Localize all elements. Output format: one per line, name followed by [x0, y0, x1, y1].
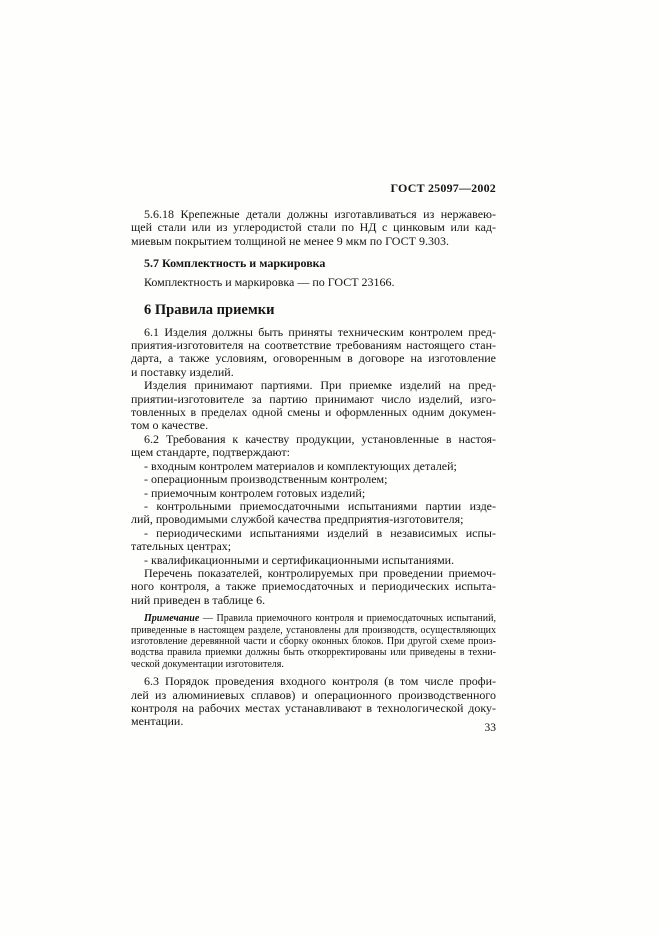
section-heading: 5.7 Комплектность и маркировка [131, 256, 496, 270]
text-line: 6.3 Порядок проведения входного контроля… [131, 675, 496, 688]
text-line: приятия-изготовителя на соответствие тре… [131, 339, 496, 352]
text-line: - операционным производственным контроле… [131, 473, 496, 486]
text-line: изготовление деревянной части и сборку о… [131, 636, 496, 647]
gost-standard-number: ГОСТ 25097—2002 [131, 182, 496, 195]
note-label: Примечание [144, 613, 199, 624]
paragraph: Перечень показателей, контролируемых при… [131, 567, 496, 607]
text-line: - входным контролем материалов и комплек… [131, 460, 496, 473]
text-line: Примечание — Правила приемочного контрол… [131, 613, 496, 624]
text-line: щем стандарте, подтверждают: [131, 446, 496, 459]
text-line: Изделия принимают партиями. При приемке … [131, 379, 496, 392]
paragraph: 5.6.18 Крепежные детали должны изготавли… [131, 208, 496, 248]
text-line: - периодическими испытаниями изделий в н… [131, 527, 496, 540]
note-block: Примечание — Правила приемочного контрол… [131, 613, 496, 670]
text-line: лей из алюминиевых сплавов) и операционн… [131, 689, 496, 702]
text-line: том о качестве. [131, 419, 496, 432]
text-line: миевым покрытием толщиной не менее 9 мкм… [131, 235, 496, 248]
text-line: Комплектность и маркировка — по ГОСТ 231… [131, 276, 496, 289]
text-line: ний приведен в таблице 6. [131, 594, 496, 607]
text-line: - контрольными приемосдаточными испытани… [131, 500, 496, 513]
text-line: щей стали или из углеродистой стали по Н… [131, 221, 496, 234]
text-line: 6.1 Изделия должны быть приняты техничес… [131, 326, 496, 339]
paragraph: Комплектность и маркировка — по ГОСТ 231… [131, 276, 496, 289]
paragraph: - приемочным контролем готовых изделий; [131, 487, 496, 500]
text-line: товленных в пределах одной смены и оформ… [131, 406, 496, 419]
text-line: - квалификационными и сертификационными … [131, 554, 496, 567]
text-line: контроля на рабочих местах устанавливают… [131, 702, 496, 715]
paragraph: - квалификационными и сертификационными … [131, 554, 496, 567]
text-line: тательных центрах; [131, 540, 496, 553]
document-body: 5.6.18 Крепежные детали должны изготавли… [131, 208, 496, 729]
text-line: Перечень показателей, контролируемых при… [131, 567, 496, 580]
page-number: 33 [131, 722, 496, 735]
text-line: приятии-изготовителе за партию принимают… [131, 393, 496, 406]
paragraph: - входным контролем материалов и комплек… [131, 460, 496, 473]
text-line: приведенные в настоящем разделе, установ… [131, 625, 496, 636]
paragraph: 6.1 Изделия должны быть приняты техничес… [131, 326, 496, 380]
text-line: лий, проводимыми службой качества предпр… [131, 513, 496, 526]
document-page: ГОСТ 25097—2002 5.6.18 Крепежные детали … [0, 0, 661, 935]
text-line: водства правила приемки должны быть отко… [131, 647, 496, 658]
text-line: ческой документации изготовителя. [131, 659, 496, 670]
paragraph: Изделия принимают партиями. При приемке … [131, 379, 496, 433]
paragraph: - операционным производственным контроле… [131, 473, 496, 486]
text-line: 5.6.18 Крепежные детали должны изготавли… [131, 208, 496, 221]
text-line: 6.2 Требования к качеству продукции, уст… [131, 433, 496, 446]
paragraph: - периодическими испытаниями изделий в н… [131, 527, 496, 554]
paragraph: 6.2 Требования к качеству продукции, уст… [131, 433, 496, 460]
paragraph: - контрольными приемосдаточными испытани… [131, 500, 496, 527]
text-line: ного контроля, а также приемосдаточных и… [131, 580, 496, 593]
section-heading: 6 Правила приемки [131, 301, 496, 319]
text-line: дарта, а также условиям, оговоренным в д… [131, 352, 496, 365]
text-line: и поставку изделий. [131, 366, 496, 379]
text-line: - приемочным контролем готовых изделий; [131, 487, 496, 500]
paragraph: 6.3 Порядок проведения входного контроля… [131, 675, 496, 729]
text-column: ГОСТ 25097—2002 5.6.18 Крепежные детали … [131, 182, 496, 729]
